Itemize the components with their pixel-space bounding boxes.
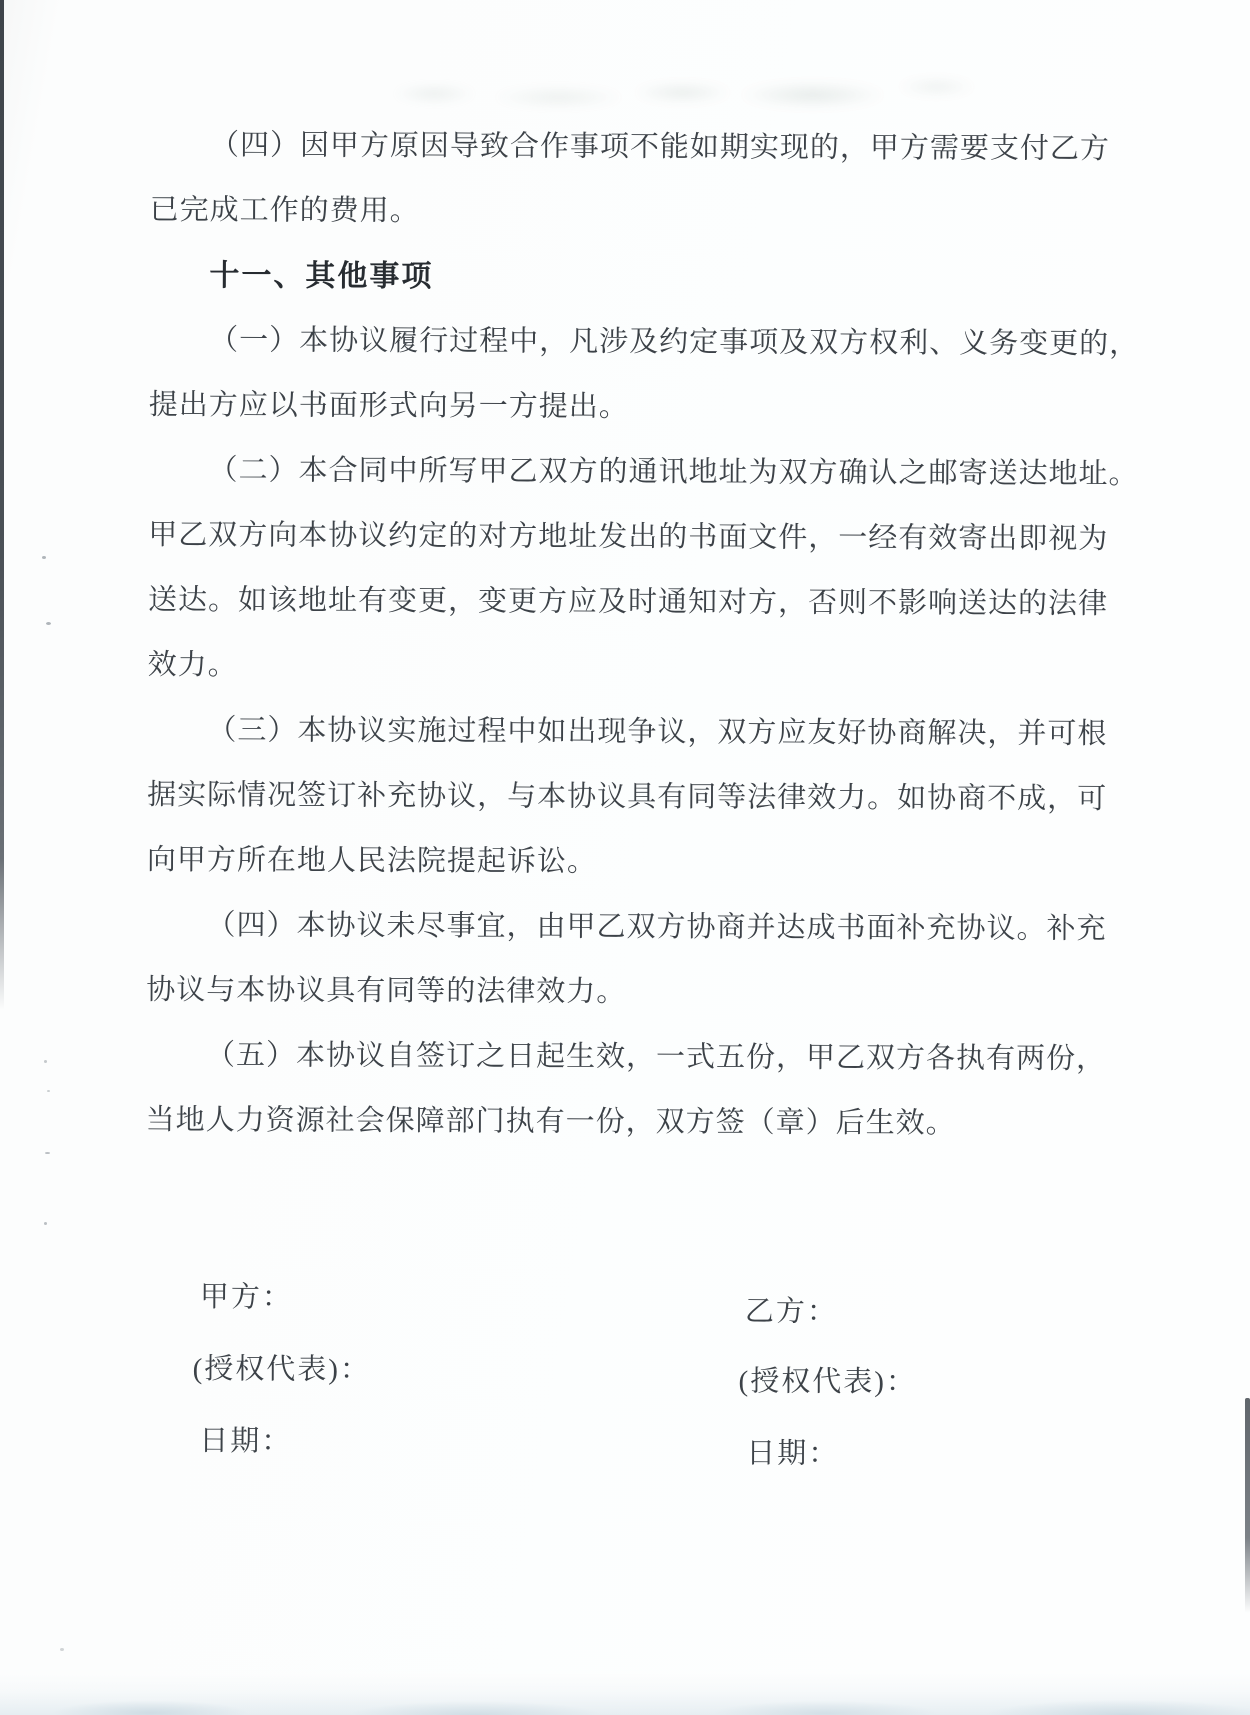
scan-speck (60, 1648, 64, 1651)
document-body: 甲方： (授权代表)： 日期： 乙方： (授权代表)： 日期： （四）因甲方原因… (0, 0, 1250, 1715)
document-line: 当地人力资源社会保障部门执有一份，双方签（章）后生效。 (146, 1088, 956, 1157)
party-b-rep-label: (授权代表)： (738, 1361, 917, 1404)
party-b-label: 乙方： (745, 1291, 838, 1333)
document-line: 送达。如该地址有变更，变更方应及时通知对方，否则不影响送达的法律 (148, 568, 1108, 637)
scan-speck (44, 1060, 47, 1063)
party-a-rep-label: (授权代表)： (193, 1348, 372, 1391)
document-line: 提出方应以书面形式向另一方提出。 (149, 373, 629, 440)
scan-speck (42, 556, 46, 559)
scan-speck (676, 332, 679, 335)
document-line: （四）本协议未尽事宜，由甲乙双方协商并达成书面补充协议。补充 (146, 893, 1106, 962)
document-line: 效力。 (148, 633, 238, 698)
document-line: 据实际情况签订补充协议，与本协议具有同等法律效力。如协商不成，可 (147, 763, 1107, 832)
document-line: 甲乙双方向本协议约定的对方地址发出的书面文件，一经有效寄出即视为 (148, 503, 1108, 572)
party-a-label: 甲方： (200, 1276, 293, 1318)
scan-speck (47, 1090, 50, 1092)
document-line: （五）本协议自签订之日起生效，一式五份，甲乙双方各执有两份， (146, 1023, 1106, 1092)
document-line: （二）本合同中所写甲乙双方的通讯地址为双方确认之邮寄送达地址。 (148, 438, 1138, 507)
scan-speck (46, 622, 51, 625)
party-b-date-label: 日期： (746, 1433, 839, 1475)
scan-speck (44, 1222, 47, 1225)
party-a-date-label: 日期： (199, 1420, 292, 1462)
scan-edge-right (1245, 1398, 1250, 1613)
section-heading: 十一、其他事项 (149, 243, 433, 309)
document-line: 向甲方所在地人民法院提起诉讼。 (147, 828, 597, 895)
document-line: 已完成工作的费用。 (150, 178, 420, 244)
scan-speck (45, 1152, 50, 1154)
document-line: 协议与本协议具有同等的法律效力。 (146, 958, 626, 1025)
scanned-contract-page: 甲方： (授权代表)： 日期： 乙方： (授权代表)： 日期： （四）因甲方原因… (0, 0, 1250, 1715)
document-line: （三）本协议实施过程中如出现争议，双方应友好协商解决，并可根 (147, 698, 1107, 767)
document-line: （一）本协议履行过程中，凡涉及约定事项及双方权利、义务变更的， (149, 308, 1139, 377)
document-line: （四）因甲方原因导致合作事项不能如期实现的，甲方需要支付乙方 (150, 113, 1110, 182)
